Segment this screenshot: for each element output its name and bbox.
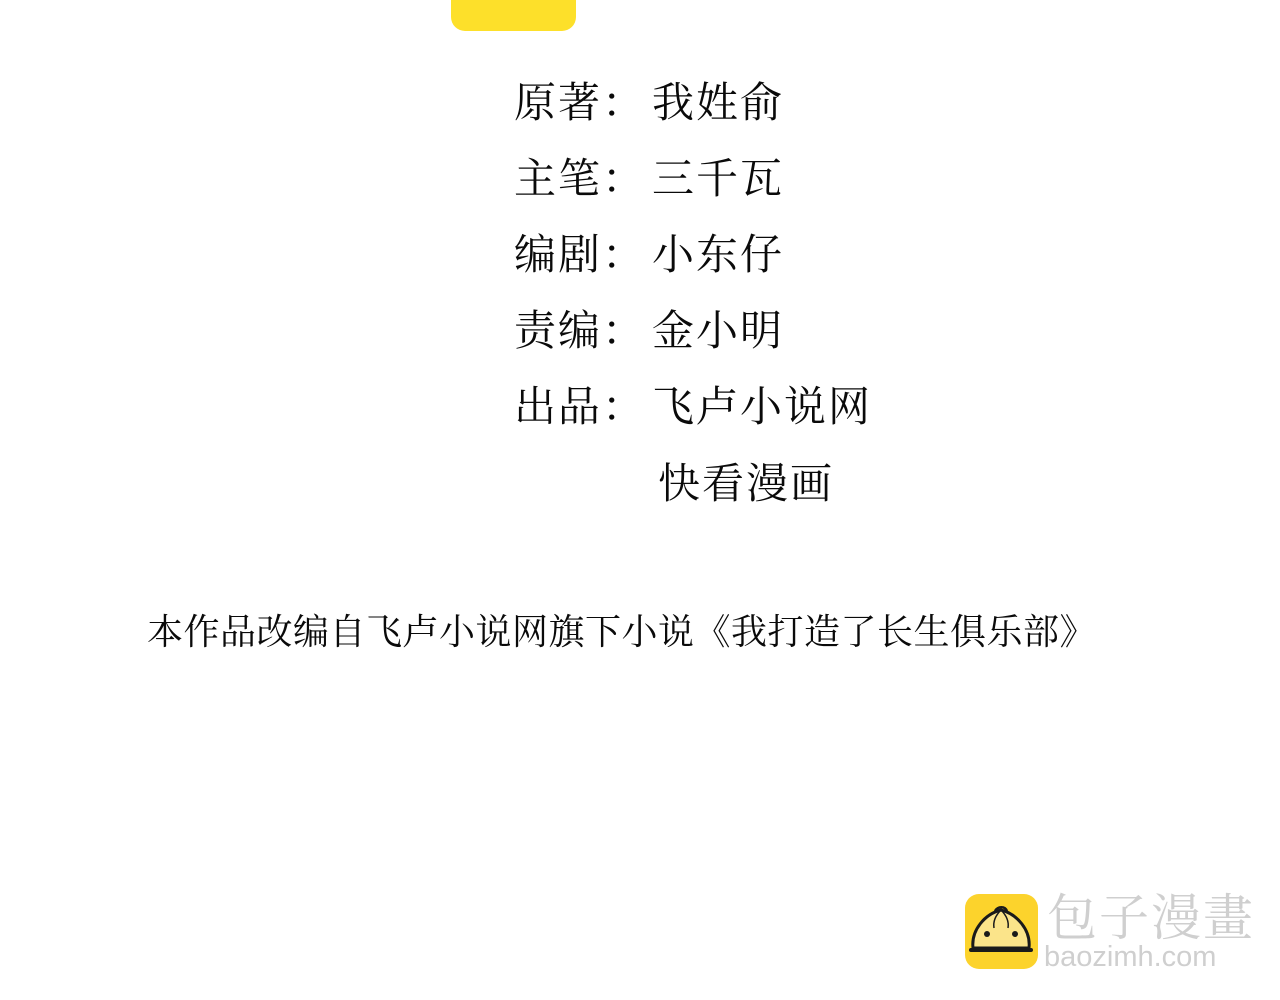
watermark-name: 包子漫畫 [1047,890,1255,946]
source-note: 本作品改编自飞卢小说网旗下小说《我打造了长生俱乐部》 [147,610,1096,656]
credit-producer-second-value: 快看漫画 [658,457,834,511]
credit-label: 编剧： [514,228,649,282]
credit-value: 金小明 [652,304,784,358]
credit-label: 责编： [514,304,649,358]
watermark-url: baozimh.com [1044,940,1216,974]
top-yellow-tab [451,0,576,31]
credit-value: 三千瓦 [652,152,784,206]
credit-label: 主笔： [514,152,649,206]
credit-value: 我姓俞 [652,76,784,130]
credit-value: 小东仔 [652,228,784,282]
watermark: 包子漫畫 baozimh.com [965,894,1265,976]
credit-label: 出品： [514,380,649,434]
credit-label: 原著： [514,76,649,130]
bun-mascot-icon [965,894,1038,969]
credit-value: 飞卢小说网 [652,380,872,434]
